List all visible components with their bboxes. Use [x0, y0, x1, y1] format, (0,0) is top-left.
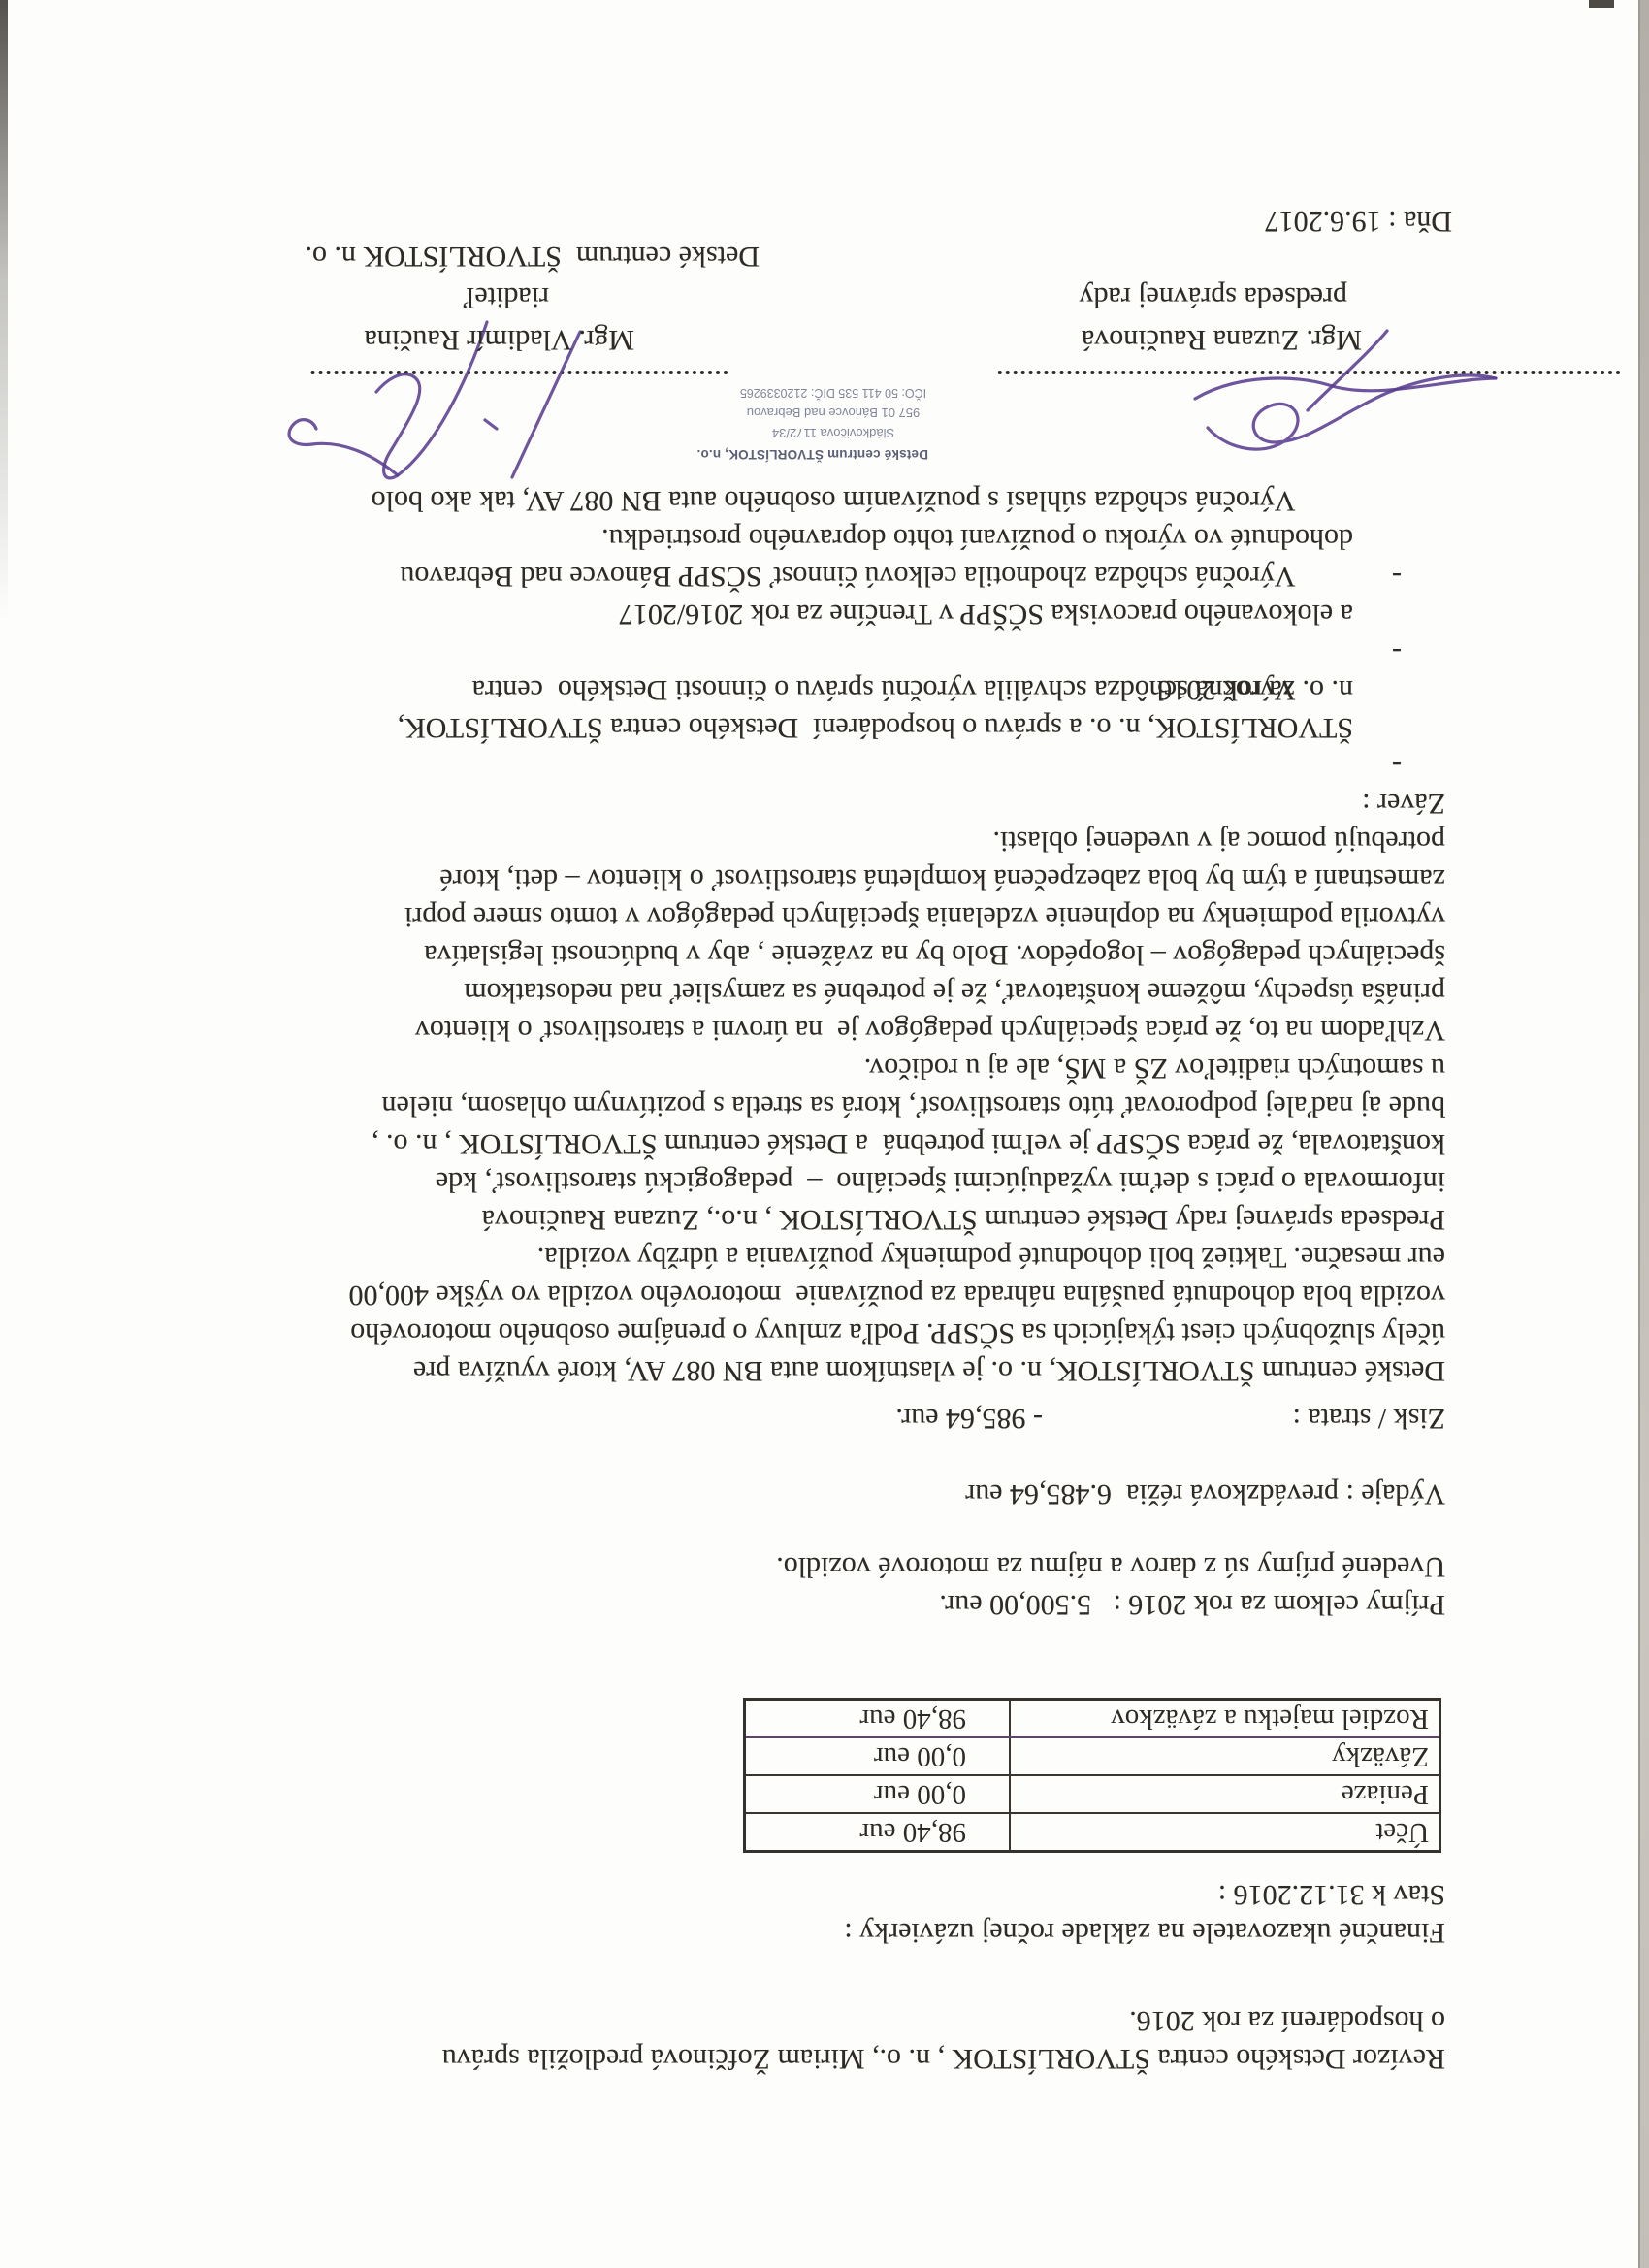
stamp-street-line: Sládkovičova 1172/34	[738, 426, 928, 440]
conclusion-bullet-line: n. o. za rok 2016	[165, 671, 1445, 709]
specialists-paragraph-line: Vzhľadom na to, že práca špeciálnych ped…	[165, 1012, 1445, 1050]
income-note: Uvedené príjmy sú z darov a nájmu za mot…	[776, 1548, 1445, 1586]
stamp-city-line: 957 01 Bánovce nad Bebravou	[738, 405, 928, 420]
scan-edge-notch	[1589, 0, 1614, 8]
row-label: Účet	[1009, 1814, 1439, 1850]
chairwoman-paragraph-line: informovala o práci s deťmi vyžadujúcimi…	[165, 1163, 1445, 1201]
income-line: Príjmy celkom za rok 2016 : 5.500,00 eur…	[939, 1586, 1445, 1624]
bullet-dash: -	[1392, 747, 1402, 785]
conclusion-bullet-line: dohodnuté vo výroku o používaní tohto do…	[165, 520, 1445, 558]
scan-edge-strip	[1638, 0, 1649, 2268]
signature-right-role: riaditeľ	[463, 278, 549, 316]
specialists-paragraph-line: vytvorila podmienky na doplnenie vzdelan…	[165, 898, 1445, 936]
row-value: 98,40 eur	[746, 1701, 1009, 1736]
row-value: 0,00 eur	[746, 1776, 1009, 1812]
stamp-ids-line: IČO: 50 411 535 DIČ: 2120339265	[738, 386, 928, 400]
vehicle-paragraph-line: účely služobných ciest týkajúcich sa SČS…	[165, 1314, 1445, 1352]
title-line-2: o hospodárení za rok 2016.	[442, 2002, 1445, 2040]
profit-loss-label: Zisk / strata :	[1293, 1400, 1445, 1438]
vehicle-paragraph-line: Detské centrum ŠTVORLÍSTOK, n. o. je vla…	[165, 1352, 1445, 1390]
bullet-dash: -	[1392, 633, 1402, 671]
vehicle-paragraph-line: eur mesačne. Taktiež boli dohodnuté podm…	[165, 1239, 1445, 1277]
vehicle-paragraph-line: vozidla bola dohodnutá paušálna náhrada …	[165, 1277, 1445, 1314]
row-label: Rozdiel majetku a záväzkov	[1009, 1701, 1439, 1736]
date-line: Dňa : 19.6.2017	[1265, 203, 1452, 241]
signature-left-role: predseda správnej rady	[1079, 278, 1347, 316]
finance-heading: Finančné ukazovatele na základe ročnej u…	[844, 1914, 1445, 1952]
signature-right-name: Mgr. Vladimír Raučina	[364, 321, 634, 359]
report-body: Detské centrum ŠTVORLÍSTOK, n. o. je vla…	[165, 520, 1445, 1390]
conclusion-bullet-line: ŠTVORLÍSTOK, n. o. a správu o hospodáren…	[165, 709, 1445, 747]
scan-edge-shadow	[0, 0, 8, 619]
finance-table: Účet 98,40 eur Peniaze 0,00 eur Záväzky …	[743, 1698, 1441, 1853]
conclusion-bullet-line: - Výročná schôdza zhodnotila celkovú čin…	[165, 633, 1445, 671]
row-label: Peniaze	[1009, 1776, 1439, 1812]
scanned-document-frame: Revízor Detského centra ŠTVORLÍSTOK , n.…	[0, 0, 1649, 2268]
table-row: Rozdiel majetku a záväzkov 98,40 eur	[746, 1701, 1439, 1738]
conclusion-bullet-line: - Výročná schôdza schválila výročnú sprá…	[165, 747, 1445, 785]
chairwoman-paragraph-line: konštatovala, že práca SČSPP je veľmi po…	[165, 1125, 1445, 1163]
row-value: 0,00 eur	[746, 1738, 1009, 1774]
stamp-org-line: Detské centrum ŠTVORLÍSTOK, n.o.	[738, 447, 928, 462]
status-date-line: Stav k 31.12.2016 :	[1218, 1876, 1445, 1914]
chairwoman-paragraph-line: u samotných riaditeľov ZŠ a MŠ, ale aj u…	[165, 1050, 1445, 1087]
specialists-paragraph-line: zamestnaní a tým by bola zabezpečená kom…	[165, 860, 1445, 898]
chairwoman-paragraph-line: Predseda správnej rady Detské centrum ŠT…	[165, 1201, 1445, 1239]
signature-left-name: Mgr. Zuzana Raučinová	[1082, 321, 1362, 359]
office-stamp: Detské centrum ŠTVORLÍSTOK, n.o. Sládkov…	[738, 386, 928, 462]
row-label: Záväzky	[1009, 1738, 1439, 1774]
title-line-1: Revízor Detského centra ŠTVORLÍSTOK , n.…	[442, 2040, 1445, 2078]
specialists-paragraph-line: prináša úspechy, môžeme konštatovať, že …	[165, 974, 1445, 1012]
profit-loss-value: - 985,64 eur.	[895, 1400, 1043, 1438]
expenses-line: Výdaje : prevádzková réžia 6.485,64 eur	[965, 1475, 1445, 1513]
chairwoman-paragraph-line: bude aj naďalej podporovať túto starostl…	[165, 1087, 1445, 1125]
signature-right-org: Detské centrum ŠTVORLÍSTOK n. o.	[305, 238, 760, 275]
report-title: Revízor Detského centra ŠTVORLÍSTOK , n.…	[442, 2002, 1445, 2078]
conclusion-bullet-line: a elokovaného pracoviska SČŠPP v Trenčín…	[165, 596, 1445, 633]
row-value: 98,40 eur	[746, 1814, 1009, 1850]
table-row: Účet 98,40 eur	[746, 1814, 1439, 1850]
specialists-paragraph-line: potrebujú pomoc aj v uvedenej oblasti.	[165, 823, 1445, 860]
specialists-paragraph-line: špeciálnych pedagógov – logopédov. Bolo …	[165, 936, 1445, 974]
bullet-dash: -	[1392, 558, 1402, 596]
table-row: Záväzky 0,00 eur	[746, 1738, 1439, 1776]
table-row: Peniaze 0,00 eur	[746, 1776, 1439, 1814]
conclusion-heading: Záver :	[165, 785, 1445, 823]
conclusion-bullet-line: - Výročná schôdza súhlasí s používaním o…	[165, 558, 1445, 596]
scanned-page-rotated-180: Revízor Detského centra ŠTVORLÍSTOK , n.…	[0, 0, 1649, 2268]
